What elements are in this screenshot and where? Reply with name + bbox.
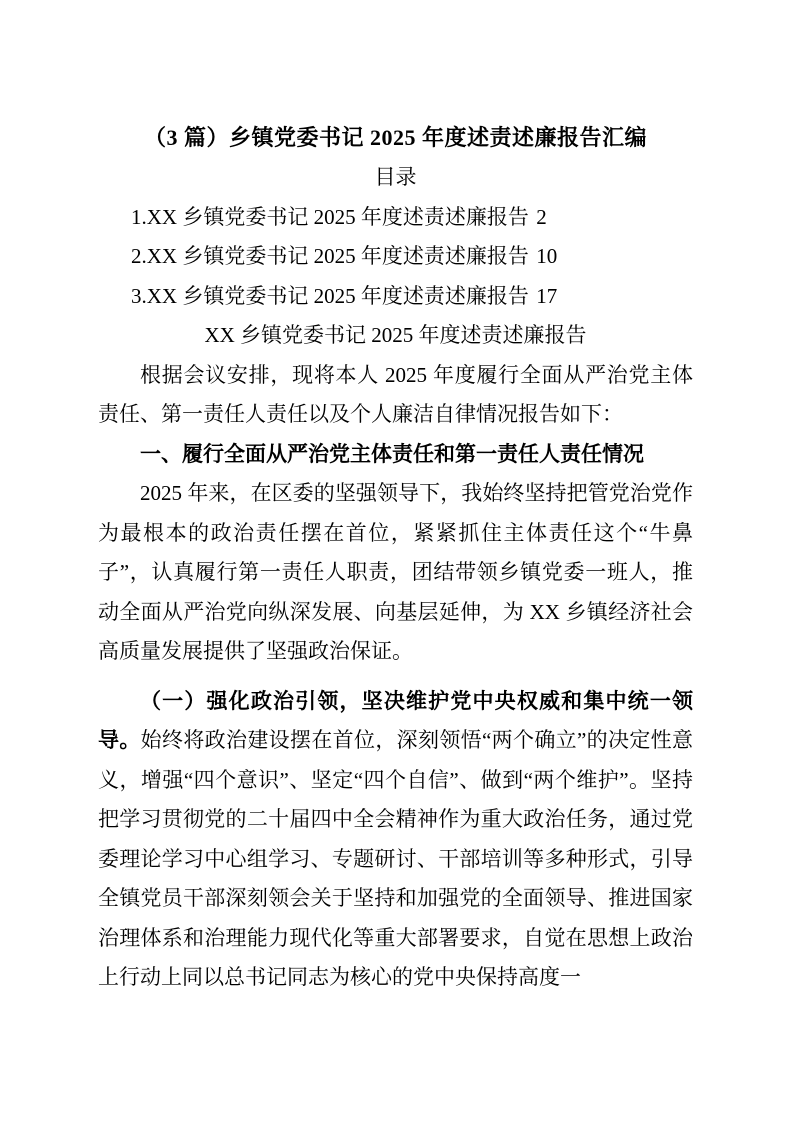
toc-item-label: 2.XX 乡镇党委书记 2025 年度述责述廉报告 — [131, 244, 529, 268]
toc-item: 2.XX 乡镇党委书记 2025 年度述责述廉报告10 — [98, 237, 693, 277]
document-page: （3 篇）乡镇党委书记 2025 年度述责述廉报告汇编 目录 1.XX 乡镇党委… — [0, 0, 793, 1122]
document-title: （3 篇）乡镇党委书记 2025 年度述责述廉报告汇编 — [98, 118, 693, 158]
toc-item: 3.XX 乡镇党委书记 2025 年度述责述廉报告17 — [98, 277, 693, 317]
toc-item-label: 3.XX 乡镇党委书记 2025 年度述责述廉报告 — [131, 284, 529, 308]
toc-page-number: 10 — [536, 244, 557, 268]
subsection-1-paragraph: （一）强化政治引领，坚决维护党中央权威和集中统一领导。始终将政治建设摆在首位，深… — [98, 682, 693, 998]
toc-page-number: 17 — [536, 284, 557, 308]
report-title: XX 乡镇党委书记 2025 年度述责述廉报告 — [98, 316, 693, 356]
section-1-heading: 一、履行全面从严治党主体责任和第一责任人责任情况 — [98, 435, 693, 475]
toc-item-label: 1.XX 乡镇党委书记 2025 年度述责述廉报告 — [131, 205, 529, 229]
toc-item: 1.XX 乡镇党委书记 2025 年度述责述廉报告2 — [98, 198, 693, 238]
section-1-paragraph: 2025 年来，在区委的坚强领导下，我始终坚持把管党治党作为最根本的政治责任摆在… — [98, 474, 693, 672]
intro-paragraph: 根据会议安排，现将本人 2025 年度履行全面从严治党主体责任、第一责任人责任以… — [98, 356, 693, 435]
toc-page-number: 2 — [536, 205, 547, 229]
toc-heading: 目录 — [98, 158, 693, 198]
subsection-1-body: 始终将政治建设摆在首位，深刻领悟“两个确立”的决定性意义，增强“四个意识”、坚定… — [98, 728, 693, 989]
